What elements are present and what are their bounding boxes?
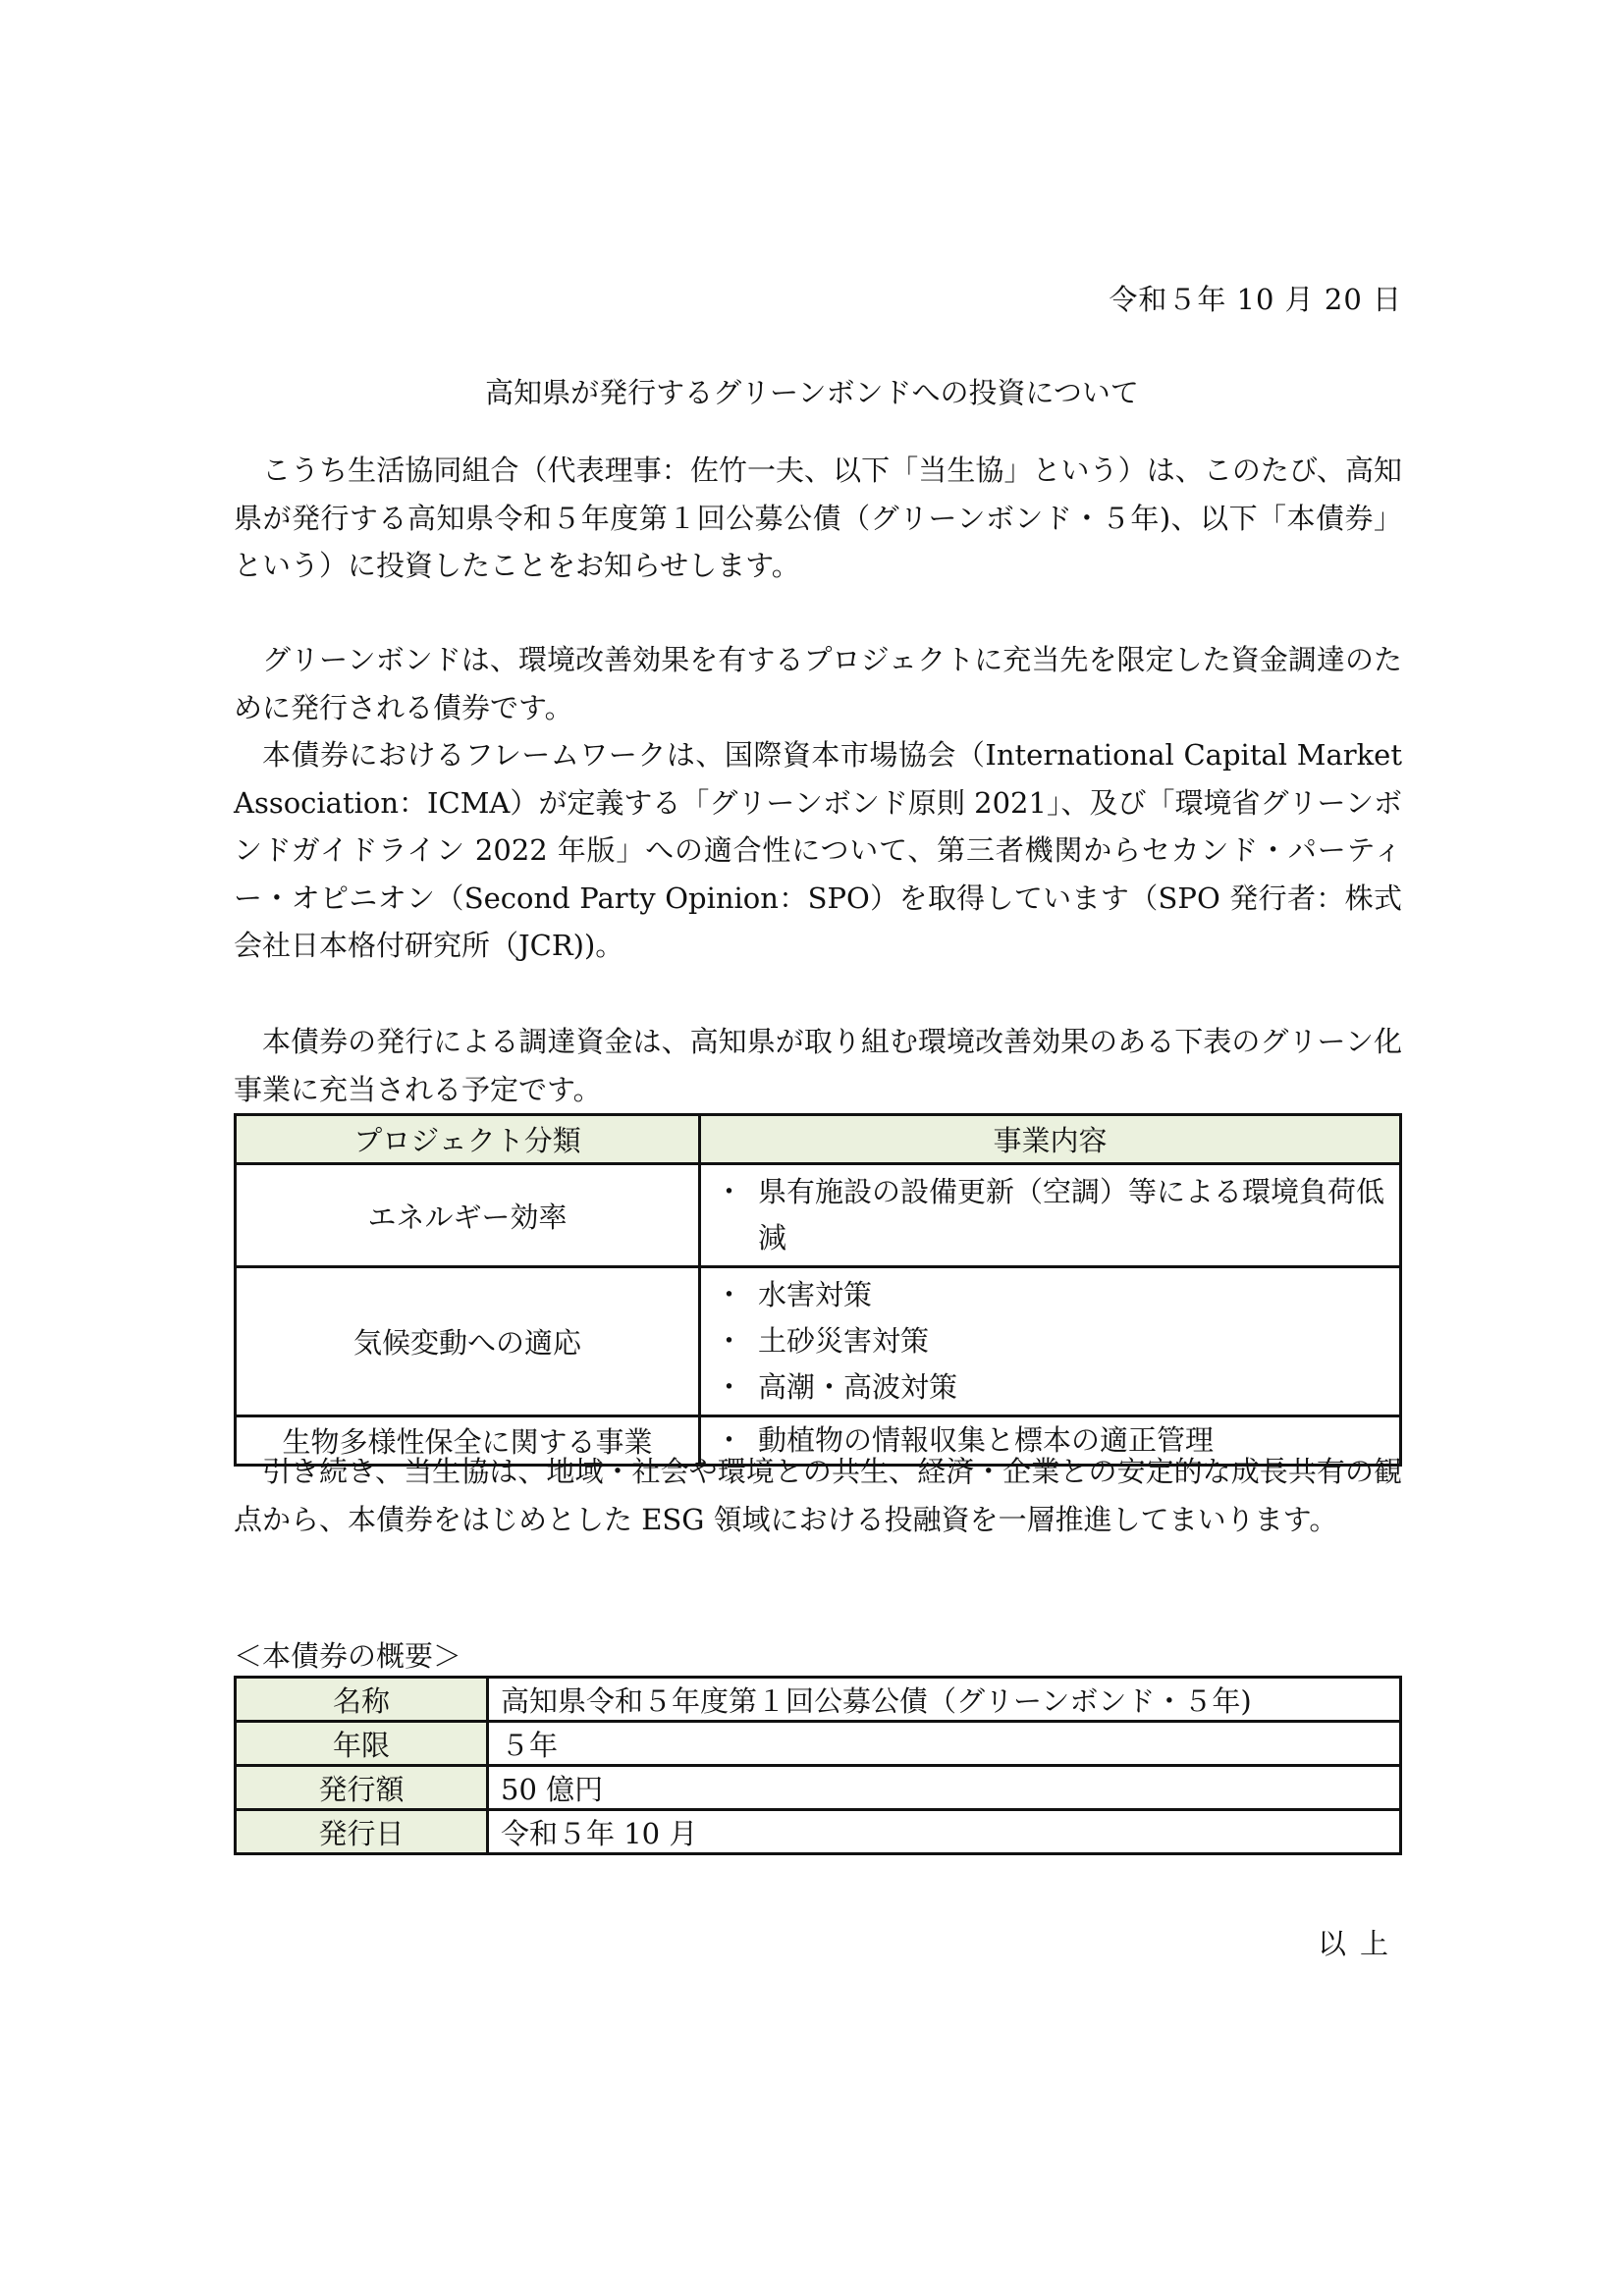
- project-category: エネルギー効率: [236, 1164, 700, 1267]
- overview-key: 年限: [236, 1722, 488, 1766]
- project-item-text: 土砂災害対策: [758, 1318, 1391, 1364]
- project-category: 気候変動への適応: [236, 1267, 700, 1416]
- project-item: ・ 県有施設の設備更新（空調）等による環境負荷低減: [715, 1169, 1391, 1261]
- overview-table: 名称 高知県令和５年度第１回公募公債（グリーンボンド・５年) 年限 ５年 発行額…: [234, 1676, 1402, 1855]
- overview-value: 令和５年 10 月: [488, 1810, 1401, 1854]
- bullet-icon: ・: [715, 1318, 758, 1364]
- document-date: 令和５年 10 月 20 日: [1109, 278, 1402, 318]
- project-item: ・ 土砂災害対策: [715, 1318, 1391, 1364]
- table-row: 気候変動への適応 ・ 水害対策 ・ 土砂災害対策 ・ 高潮・高波対策: [236, 1267, 1401, 1416]
- header-project-content: 事業内容: [700, 1115, 1401, 1164]
- table-row: 発行額 50 億円: [236, 1766, 1401, 1810]
- overview-value: 50 億円: [488, 1766, 1401, 1810]
- project-item-text: 高潮・高波対策: [758, 1364, 1391, 1411]
- project-item-text: 水害対策: [758, 1272, 1391, 1318]
- project-table-header-row: プロジェクト分類 事業内容: [236, 1115, 1401, 1164]
- project-item-text: 県有施設の設備更新（空調）等による環境負荷低減: [758, 1169, 1391, 1261]
- document-title: 高知県が発行するグリーンボンドへの投資について: [0, 371, 1624, 411]
- overview-key: 発行日: [236, 1810, 488, 1854]
- use-of-funds-paragraph: 本債券の発行による調達資金は、高知県が取り組む環境改善効果のある下表のグリーン化…: [234, 1018, 1402, 1113]
- overview-value: ５年: [488, 1722, 1401, 1766]
- overview-key: 名称: [236, 1678, 488, 1722]
- project-items: ・ 県有施設の設備更新（空調）等による環境負荷低減: [700, 1164, 1401, 1267]
- table-row: 発行日 令和５年 10 月: [236, 1810, 1401, 1854]
- bullet-icon: ・: [715, 1169, 758, 1261]
- framework-paragraph: 本債券におけるフレームワークは、国際資本市場協会（International C…: [234, 731, 1402, 970]
- bullet-icon: ・: [715, 1364, 758, 1411]
- green-bond-definition-paragraph: グリーンボンドは、環境改善効果を有するプロジェクトに充当先を限定した資金調達のた…: [234, 636, 1402, 731]
- intro-paragraph: こうち生活協同組合（代表理事：佐竹一夫、以下「当生協」という）は、このたび、高知…: [234, 447, 1402, 590]
- table-row: 年限 ５年: [236, 1722, 1401, 1766]
- document-page: 令和５年 10 月 20 日 高知県が発行するグリーンボンドへの投資について こ…: [0, 0, 1624, 2296]
- project-item: ・ 高潮・高波対策: [715, 1364, 1391, 1411]
- project-item: ・ 水害対策: [715, 1272, 1391, 1318]
- overview-label: ＜本債券の概要＞: [234, 1634, 461, 1675]
- overview-key: 発行額: [236, 1766, 488, 1810]
- project-items: ・ 水害対策 ・ 土砂災害対策 ・ 高潮・高波対策: [700, 1267, 1401, 1416]
- table-row: 名称 高知県令和５年度第１回公募公債（グリーンボンド・５年): [236, 1678, 1401, 1722]
- closing-mark: 以上: [1318, 1922, 1402, 1962]
- project-table: プロジェクト分類 事業内容 エネルギー効率 ・ 県有施設の設備更新（空調）等によ…: [234, 1113, 1402, 1467]
- table-row: エネルギー効率 ・ 県有施設の設備更新（空調）等による環境負荷低減: [236, 1164, 1401, 1267]
- continuation-paragraph: 引き続き、当生協は、地域・社会や環境との共生、経済・企業との安定的な成長共有の観…: [234, 1448, 1402, 1543]
- bullet-icon: ・: [715, 1272, 758, 1318]
- overview-value: 高知県令和５年度第１回公募公債（グリーンボンド・５年): [488, 1678, 1401, 1722]
- header-project-category: プロジェクト分類: [236, 1115, 700, 1164]
